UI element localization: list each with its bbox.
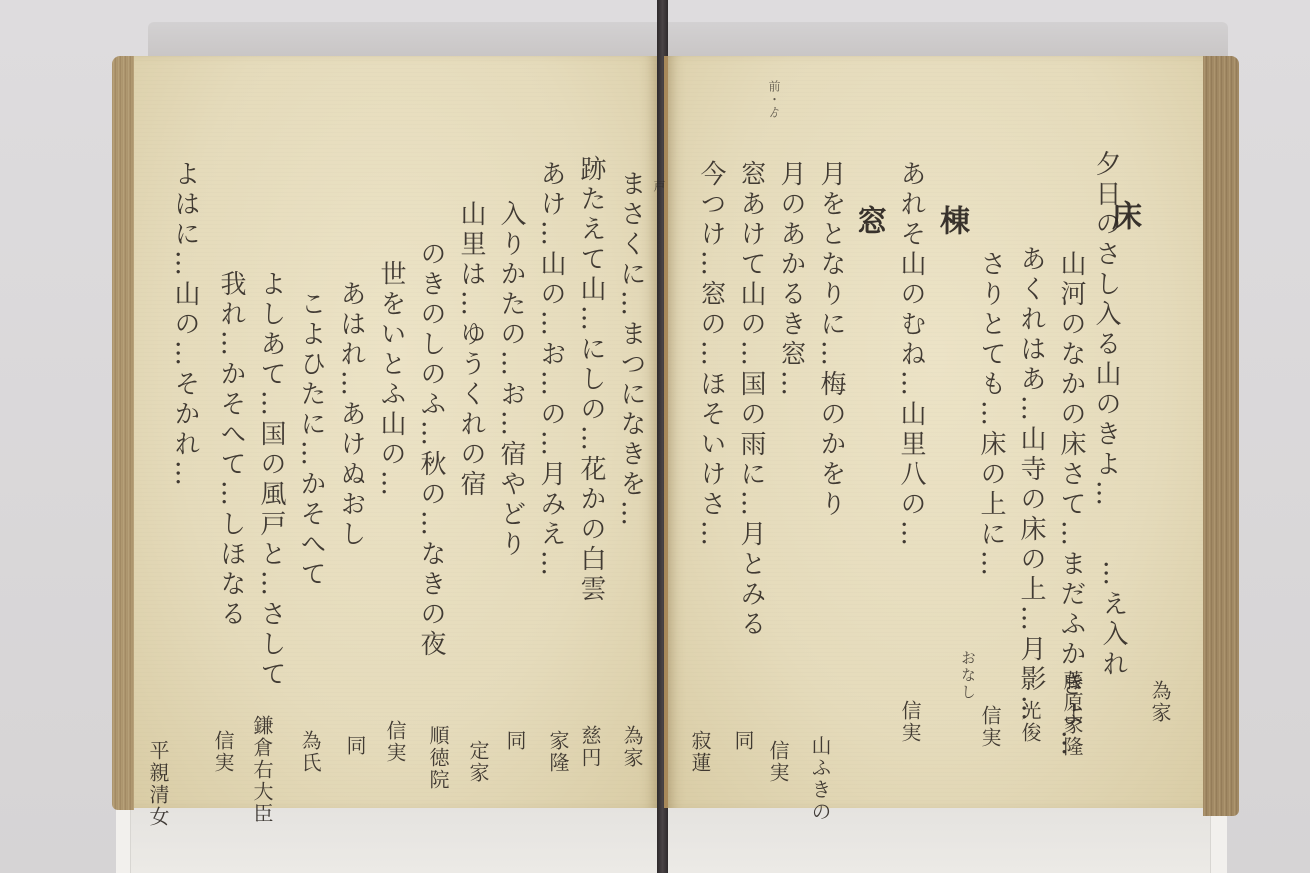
poem-line: 世をいとふ山の… [378, 260, 404, 500]
poem-author: 為家 [1150, 680, 1170, 724]
poem-line: さりとても…床の上に… [978, 250, 1004, 580]
poem-author: 家隆 [548, 730, 568, 774]
stand-edge-left [116, 800, 131, 873]
poem-line: のきのしのふ…秋の…なきの夜 [418, 240, 444, 660]
section-heading-toko: 床 [1108, 200, 1138, 230]
poem-line: …え入れ [1100, 560, 1126, 680]
poem-author: 信実 [213, 730, 233, 774]
poem-note: おなし [960, 650, 975, 701]
poem-line: 今つけ…窓の…ほそいけさ… [698, 160, 724, 550]
section-heading-mado: 窓 [853, 205, 883, 235]
poem-line: 我れ…かそへて…しほなる [218, 270, 244, 630]
poem-author: 定家 [468, 740, 488, 784]
poem-author: 山ふきの [810, 735, 830, 823]
poem-author: 同 [345, 735, 365, 757]
poem-author: 信実 [385, 720, 405, 764]
poem-author: 寂蓮 [690, 730, 710, 774]
poem-author: 藤原家隆 [1062, 670, 1082, 758]
poem-author: 為氏 [300, 730, 320, 774]
poem-author: 信実 [900, 700, 920, 744]
poem-author: 同 [505, 730, 525, 752]
margin-note: 前・ゟ [768, 80, 780, 119]
poem-line: 月のあかるき窓… [778, 160, 804, 400]
poem-author: 平親清女 [148, 740, 168, 828]
poem-author: 光俊 [1020, 700, 1040, 744]
poem-line: 入りかたの…お…宿やどり [498, 200, 524, 560]
poem-author: 信実 [980, 705, 1000, 749]
poem-author: 為家 [622, 725, 642, 769]
poem-author: 慈円 [580, 725, 600, 769]
poem-line: あくれはあ…山寺の床の上…月影… [1018, 245, 1044, 725]
poem-line: よはに…山の…そかれ… [172, 160, 198, 490]
page-block-edge-right [1203, 56, 1239, 816]
section-heading-mune: 棟 [936, 205, 966, 235]
page-block-edge-left [112, 56, 134, 810]
poem-author: 信実 [768, 740, 788, 784]
margin-note: 戸 [653, 180, 665, 193]
poem-line: あけ…山の…お…の…月みえ… [538, 160, 564, 580]
book-top-shadow [148, 22, 1228, 56]
poem-author: 同 [733, 730, 753, 752]
poem-line: 窓あけて山の…国の雨に…月とみる [738, 160, 764, 640]
poem-line: 山里は…ゆうくれの宿 [458, 200, 484, 500]
poem-line: まさくに…まつになきを… [618, 170, 644, 530]
poem-line: 跡たえて山…にしの…花かの白雲 [578, 155, 604, 605]
poem-line: あれそ山のむね…山里八の… [898, 160, 924, 550]
poem-author: 鎌倉右大臣 [252, 715, 272, 825]
poem-line: あはれ…あけぬおし [338, 280, 364, 550]
book-stand [116, 800, 1226, 873]
poem-author: 順徳院 [428, 725, 448, 791]
poem-line: よしあて…国の風戸と…さして [258, 270, 284, 690]
poem-line: こよひたに…かそへて [298, 290, 324, 590]
poem-line: 月をとなりに…梅のかをり [818, 160, 844, 520]
